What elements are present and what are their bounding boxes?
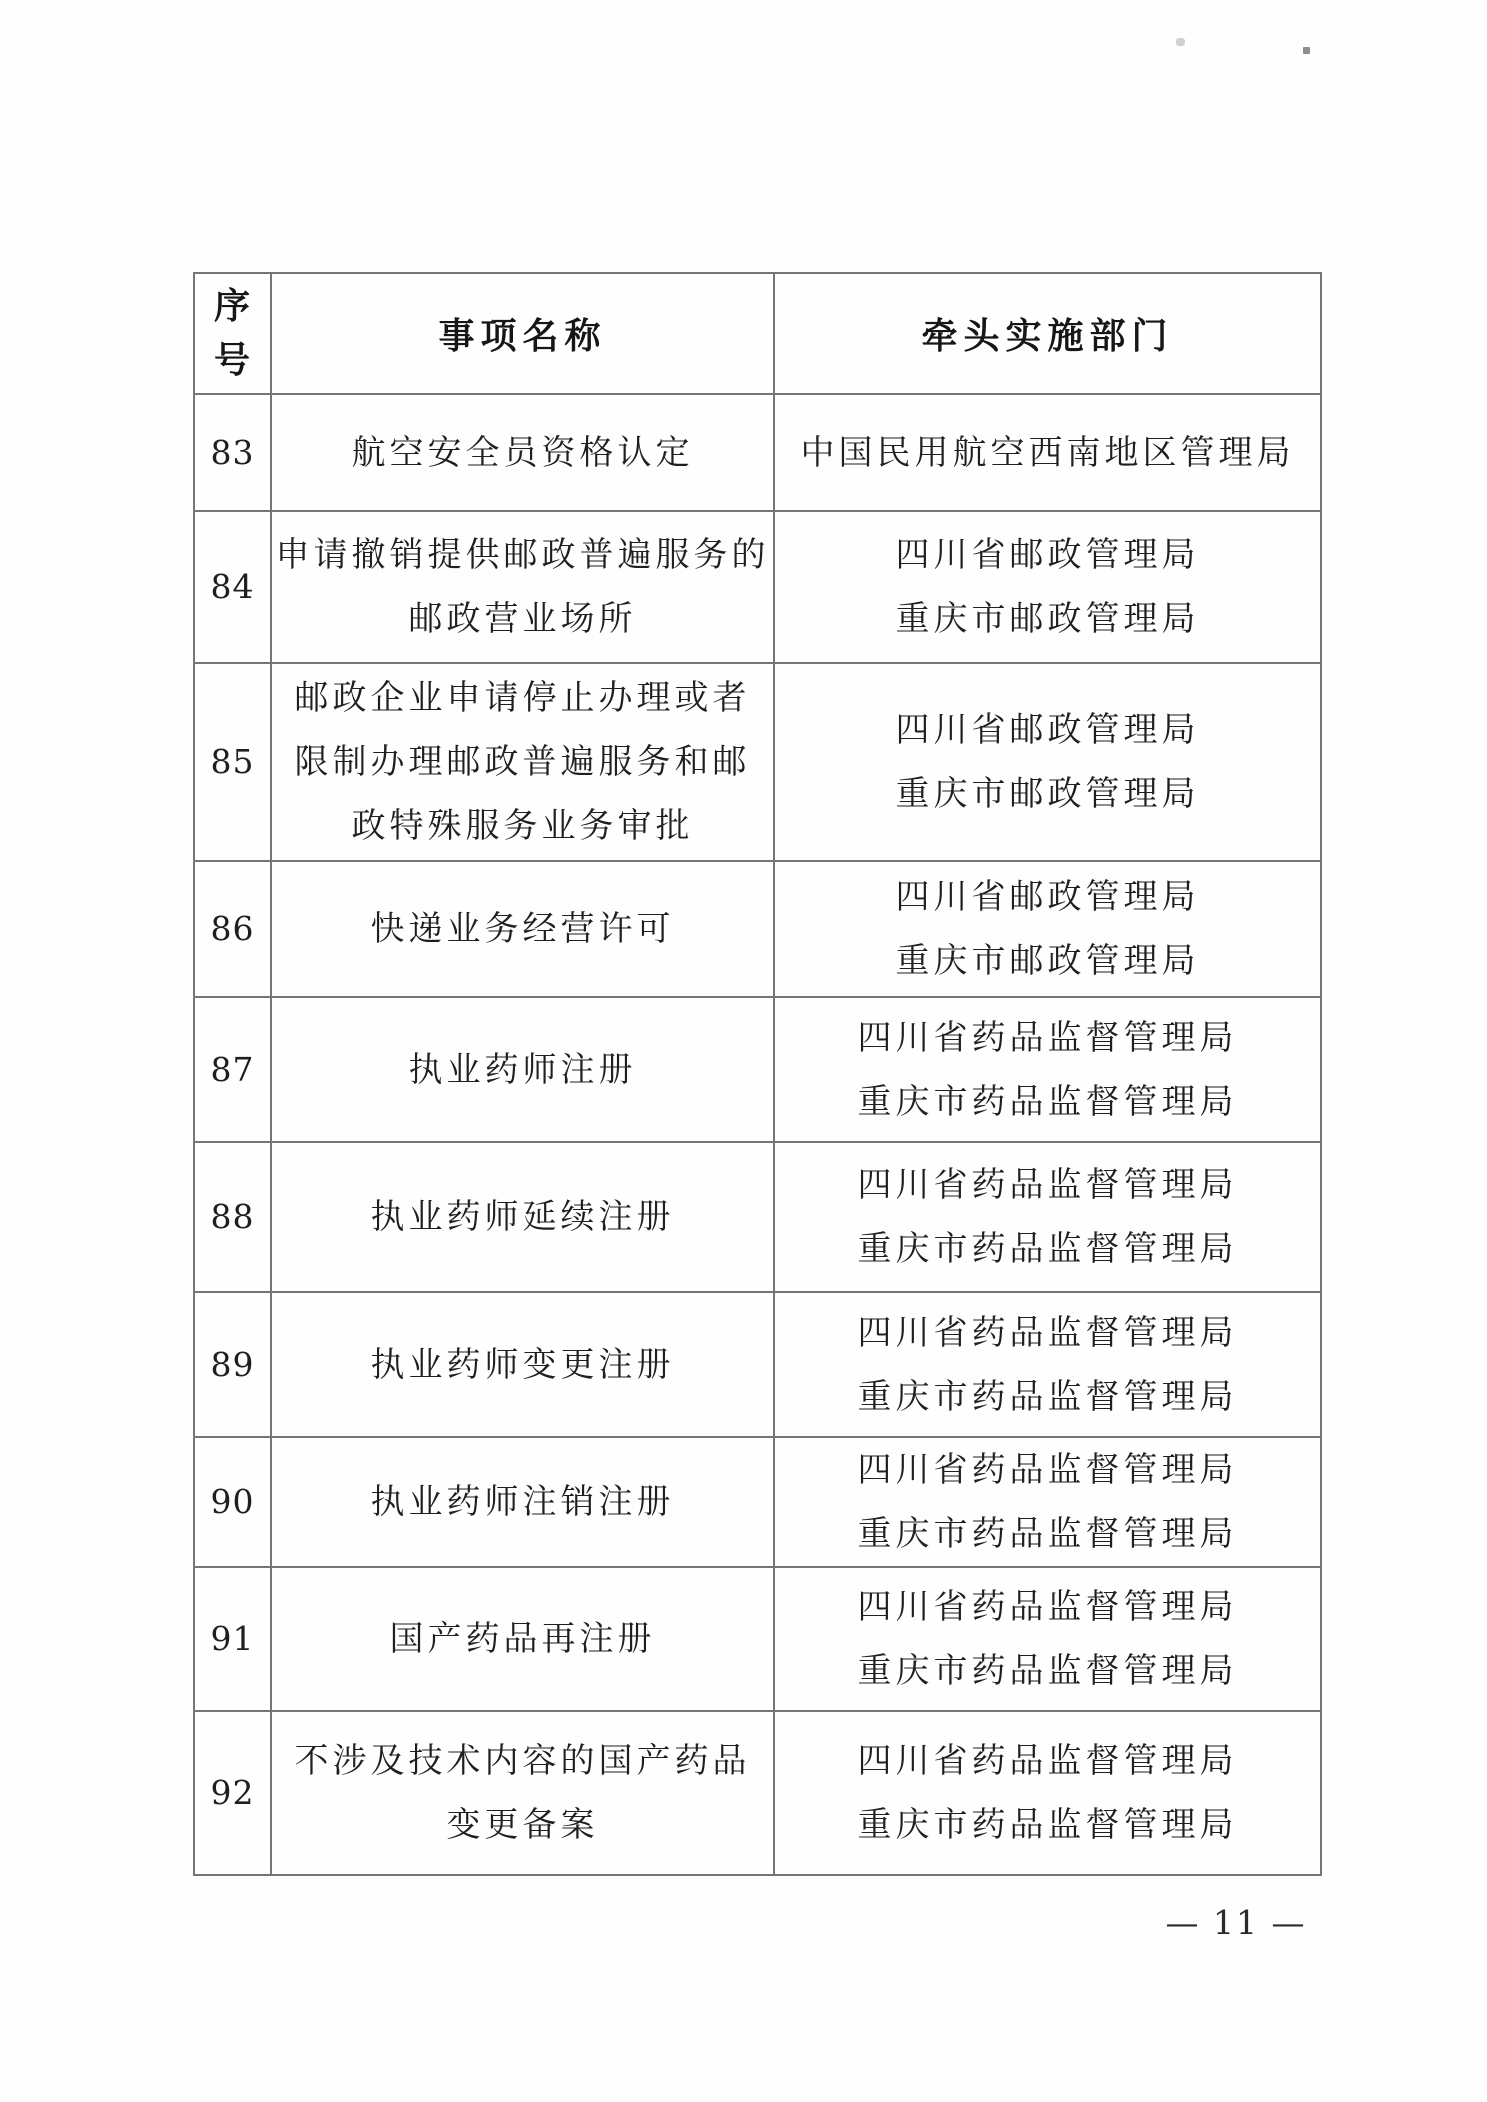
table-row: 87 执业药师注册 四川省药品监督管理局 重庆市药品监督管理局 [194, 997, 1321, 1142]
cell-item: 快递业务经营许可 [271, 861, 774, 997]
table-header-row: 序 号 事项名称 牵头实施部门 [194, 273, 1321, 394]
cell-dept: 四川省药品监督管理局 重庆市药品监督管理局 [774, 1292, 1321, 1437]
cell-item: 邮政企业申请停止办理或者 限制办理邮政普遍服务和邮 政特殊服务业务审批 [271, 663, 774, 861]
header-department: 牵头实施部门 [774, 273, 1321, 394]
cell-dept: 中国民用航空西南地区管理局 [774, 394, 1321, 511]
cell-item: 执业药师注册 [271, 997, 774, 1142]
cell-dept: 四川省药品监督管理局 重庆市药品监督管理局 [774, 1437, 1321, 1567]
cell-no: 84 [194, 511, 271, 663]
page-number: — 11 — [1148, 1903, 1324, 1942]
header-item-name: 事项名称 [271, 273, 774, 394]
table-row: 89 执业药师变更注册 四川省药品监督管理局 重庆市药品监督管理局 [194, 1292, 1321, 1437]
cell-no: 89 [194, 1292, 271, 1437]
cell-item: 执业药师变更注册 [271, 1292, 774, 1437]
cell-dept: 四川省邮政管理局 重庆市邮政管理局 [774, 861, 1321, 997]
cell-no: 91 [194, 1567, 271, 1711]
table-row: 88 执业药师延续注册 四川省药品监督管理局 重庆市药品监督管理局 [194, 1142, 1321, 1292]
table-row: 85 邮政企业申请停止办理或者 限制办理邮政普遍服务和邮 政特殊服务业务审批 四… [194, 663, 1321, 861]
table-row: 92 不涉及技术内容的国产药品 变更备案 四川省药品监督管理局 重庆市药品监督管… [194, 1711, 1321, 1875]
cell-no: 92 [194, 1711, 271, 1875]
cell-dept: 四川省邮政管理局 重庆市邮政管理局 [774, 663, 1321, 861]
cell-dept: 四川省药品监督管理局 重庆市药品监督管理局 [774, 1142, 1321, 1292]
cell-no: 88 [194, 1142, 271, 1292]
cell-no: 83 [194, 394, 271, 511]
cell-no: 87 [194, 997, 271, 1142]
cell-item: 国产药品再注册 [271, 1567, 774, 1711]
table-row: 90 执业药师注销注册 四川省药品监督管理局 重庆市药品监督管理局 [194, 1437, 1321, 1567]
cell-no: 90 [194, 1437, 271, 1567]
table-row: 84 申请撤销提供邮政普遍服务的 邮政营业场所 四川省邮政管理局 重庆市邮政管理… [194, 511, 1321, 663]
cell-item: 航空安全员资格认定 [271, 394, 774, 511]
cell-item: 执业药师注销注册 [271, 1437, 774, 1567]
cell-dept: 四川省药品监督管理局 重庆市药品监督管理局 [774, 1711, 1321, 1875]
scan-speck [1176, 38, 1185, 46]
table-row: 91 国产药品再注册 四川省药品监督管理局 重庆市药品监督管理局 [194, 1567, 1321, 1711]
scan-speck [1303, 47, 1310, 54]
cell-no: 85 [194, 663, 271, 861]
cell-dept: 四川省药品监督管理局 重庆市药品监督管理局 [774, 1567, 1321, 1711]
cell-dept: 四川省邮政管理局 重庆市邮政管理局 [774, 511, 1321, 663]
table-row: 86 快递业务经营许可 四川省邮政管理局 重庆市邮政管理局 [194, 861, 1321, 997]
cell-dept: 四川省药品监督管理局 重庆市药品监督管理局 [774, 997, 1321, 1142]
cell-item: 执业药师延续注册 [271, 1142, 774, 1292]
scanned-document-page: 序 号 事项名称 牵头实施部门 83 航空安全员资格认定 中国民用航空西南地区管… [0, 0, 1487, 2102]
cell-no: 86 [194, 861, 271, 997]
approval-items-table: 序 号 事项名称 牵头实施部门 83 航空安全员资格认定 中国民用航空西南地区管… [193, 272, 1322, 1876]
cell-item: 不涉及技术内容的国产药品 变更备案 [271, 1711, 774, 1875]
header-index: 序 号 [194, 273, 271, 394]
cell-item: 申请撤销提供邮政普遍服务的 邮政营业场所 [271, 511, 774, 663]
table-row: 83 航空安全员资格认定 中国民用航空西南地区管理局 [194, 394, 1321, 511]
